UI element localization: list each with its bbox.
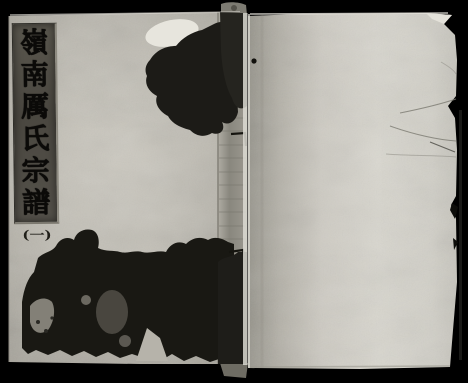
spine-stain-bottom xyxy=(218,252,247,365)
stain-speck xyxy=(36,320,40,324)
spine-head-shadow xyxy=(231,5,237,11)
title-char: 氏 xyxy=(21,125,49,153)
fore-edge-highlight xyxy=(243,13,248,365)
edge-sliver xyxy=(459,110,462,360)
volume-note: (一) xyxy=(16,226,59,243)
stain-speck xyxy=(50,316,53,319)
book-photo: 嶺 南 厲 氏 宗 譜 (一) xyxy=(0,0,468,383)
title-char: 厲 xyxy=(21,93,49,121)
stain-speck xyxy=(119,335,131,347)
title-char: 宗 xyxy=(21,157,49,185)
title-char: 嶺 xyxy=(20,29,48,57)
book-cover-illustration xyxy=(0,0,468,383)
wormhole xyxy=(251,58,256,63)
page-edge-highlight xyxy=(248,14,250,368)
spine-tail xyxy=(220,363,248,378)
right-page xyxy=(248,13,462,369)
stain-speck xyxy=(81,295,91,305)
bottom-edge-shadow xyxy=(250,366,450,367)
stain-speck xyxy=(44,329,48,333)
title-label: 嶺 南 厲 氏 宗 譜 xyxy=(12,23,59,225)
title-char: 譜 xyxy=(22,189,50,217)
title-char: 南 xyxy=(20,61,48,89)
stain-gap-gray xyxy=(96,290,128,334)
